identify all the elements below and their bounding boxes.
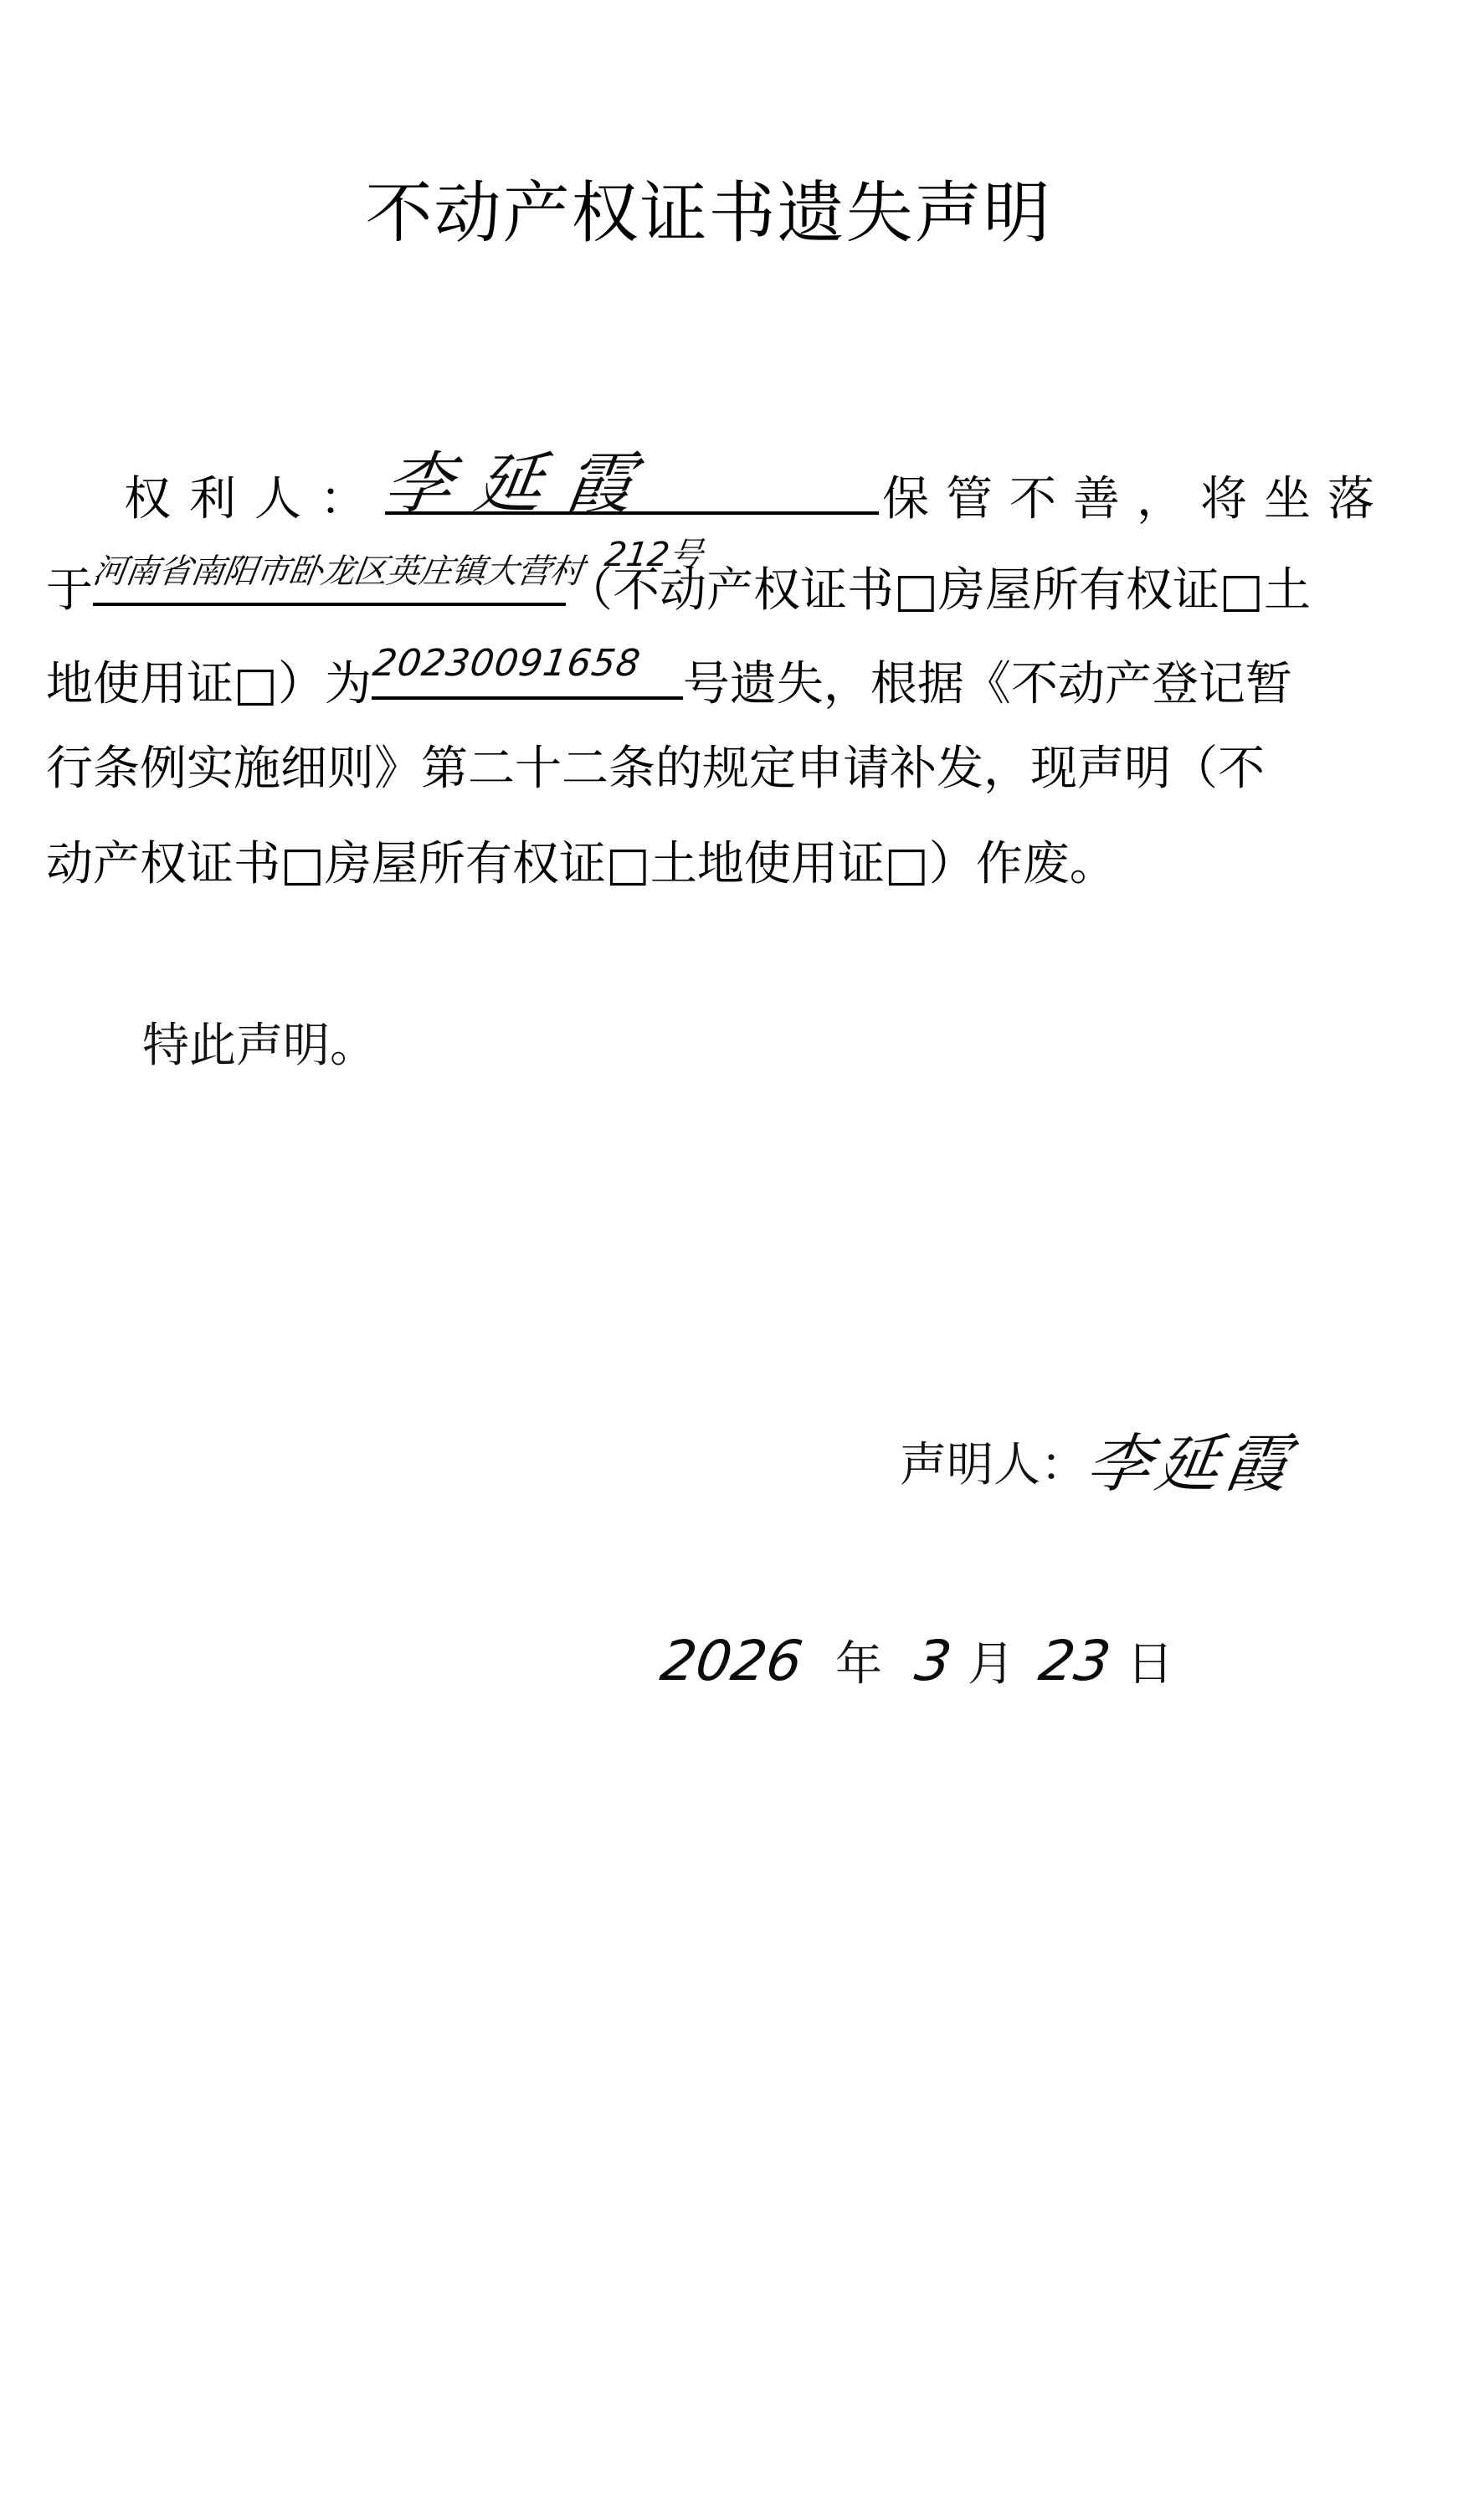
loss-statement-text: 号遗失，根据《不动产登记暂 — [683, 657, 1292, 711]
rights-holder-label: 权利人： — [124, 472, 385, 526]
certificate-number-handwritten: 20230091658 — [369, 634, 644, 693]
closing-statement: 特此声明。 — [142, 1017, 377, 1076]
address-handwritten: 河南省南阳市卧龙区英庄镇大营村 — [89, 542, 587, 601]
rights-holder-field: 李延霞 — [385, 456, 879, 515]
address-field: 河南省南阳市卧龙区英庄镇大营村 — [93, 551, 566, 606]
date-month-handwritten: 3 — [911, 1628, 955, 1695]
date-day-handwritten: 23 — [1035, 1628, 1114, 1695]
custody-text: 保管不善，将坐落 — [882, 472, 1391, 526]
declarant-label: 声明人： — [900, 1438, 1087, 1492]
paragraph-line-5: 动产权证书□房屋所有权证□土地使用证□）作废。 — [46, 835, 1117, 894]
date-month-label: 月 — [968, 1637, 1014, 1692]
address-number-handwritten: 212号 — [601, 526, 706, 584]
paragraph-line-3: 地使用证□）为20230091658号遗失，根据《不动产登记暂 — [46, 644, 1292, 714]
declarant-signature-handwritten: 李延霞 — [1083, 1435, 1297, 1493]
paragraph-line-2: 于河南省南阳市卧龙区英庄镇大营村212号（不动产权证书□房屋所有权证□土 — [46, 551, 1311, 620]
rights-holder-name-handwritten: 李延霞 — [381, 454, 660, 513]
certificate-number-prefix: 地使用证□）为 — [46, 657, 372, 711]
document-title: 不动产权证书遗失声明 — [0, 172, 1484, 255]
declaration-date: 2026年3月23日 — [661, 1628, 1173, 1698]
date-year-handwritten: 2026 — [656, 1628, 806, 1695]
certificate-number-field: 20230091658 — [372, 644, 683, 700]
paragraph-line-4: 行条例实施细则》第二十二条的规定申请补发，现声明（不 — [46, 740, 1265, 798]
declarant-signature-line: 声明人：李延霞 — [900, 1430, 1293, 1495]
date-day-label: 日 — [1127, 1637, 1173, 1692]
declaration-page: 不动产权证书遗失声明 权利人：李延霞保管不善，将坐落 于河南省南阳市卧龙区英庄镇… — [0, 0, 1484, 2511]
date-year-label: 年 — [835, 1637, 882, 1692]
paragraph-line-1: 权利人：李延霞保管不善，将坐落 — [124, 456, 1391, 529]
location-prefix: 于 — [46, 563, 93, 618]
